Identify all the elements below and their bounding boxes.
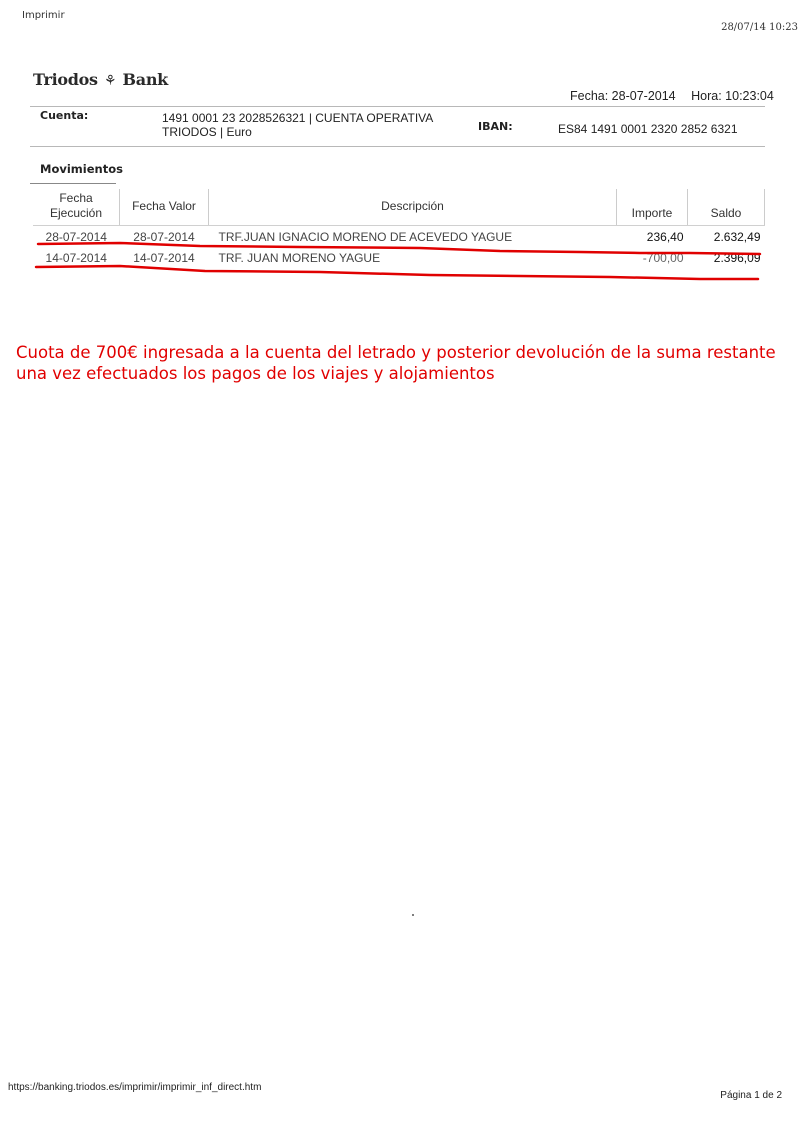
red-annotation-note: Cuota de 700€ ingresada a la cuenta del … — [16, 342, 786, 384]
scan-speck — [412, 914, 414, 916]
cell-fecha-valor: 14-07-2014 — [120, 247, 209, 268]
divider — [30, 146, 765, 147]
report-datetime: Fecha: 28-07-2014 Hora: 10:23:04 — [570, 89, 786, 103]
table-row: 28-07-2014 28-07-2014 TRF.JUAN IGNACIO M… — [33, 226, 765, 248]
cell-saldo: 2.396,09 — [688, 247, 765, 268]
column-header-importe: Importe — [617, 189, 688, 226]
column-header-saldo: Saldo — [688, 189, 765, 226]
account-number: 1491 0001 23 2028526321 | CUENTA OPERATI… — [162, 111, 433, 139]
iban-label: IBAN: — [478, 120, 513, 133]
footer-url: https://banking.triodos.es/imprimir/impr… — [8, 1082, 261, 1093]
triodos-emblem-icon: ⚘ — [104, 73, 116, 89]
cell-descripcion: TRF. JUAN MORENO YAGUE — [209, 247, 617, 268]
print-header-label: Imprimir — [22, 10, 65, 21]
cell-fecha-ejecucion: 28-07-2014 — [33, 226, 120, 248]
column-header-fecha-valor: Fecha Valor — [120, 189, 209, 226]
account-value-line2: TRIODOS | Euro — [162, 125, 433, 139]
table-header-row: Fecha Ejecución Fecha Valor Descripción … — [33, 189, 765, 226]
account-value-line1: 1491 0001 23 2028526321 | CUENTA OPERATI… — [162, 111, 433, 125]
table-row-cutoff — [33, 268, 765, 278]
bank-logo-name-left: Triodos — [33, 70, 98, 89]
bank-logo: Triodos ⚘ Bank — [33, 70, 168, 89]
movements-table: Fecha Ejecución Fecha Valor Descripción … — [33, 189, 765, 278]
report-date: Fecha: 28-07-2014 — [570, 89, 676, 103]
iban-value: ES84 1491 0001 2320 2852 6321 — [558, 122, 738, 136]
section-title-movimientos: Movimientos — [40, 162, 123, 176]
divider — [30, 106, 765, 107]
cell-importe: -700,00 — [617, 247, 688, 268]
footer-page-number: Página 1 de 2 — [720, 1090, 782, 1101]
report-time: Hora: 10:23:04 — [691, 89, 774, 103]
account-label: Cuenta: — [40, 109, 88, 122]
cell-descripcion: TRF.JUAN IGNACIO MORENO DE ACEVEDO YAGUE — [209, 226, 617, 248]
table-row: 14-07-2014 14-07-2014 TRF. JUAN MORENO Y… — [33, 247, 765, 268]
bank-logo-name-right: Bank — [123, 70, 168, 89]
cell-fecha-valor: 28-07-2014 — [120, 226, 209, 248]
print-timestamp: 28/07/14 10:23 — [721, 22, 798, 33]
cell-saldo: 2.632,49 — [688, 226, 765, 248]
column-header-descripcion: Descripción — [209, 189, 617, 226]
section-underline — [30, 183, 116, 184]
cell-importe: 236,40 — [617, 226, 688, 248]
cell-fecha-ejecucion: 14-07-2014 — [33, 247, 120, 268]
column-header-fecha-ejecucion: Fecha Ejecución — [33, 189, 120, 226]
